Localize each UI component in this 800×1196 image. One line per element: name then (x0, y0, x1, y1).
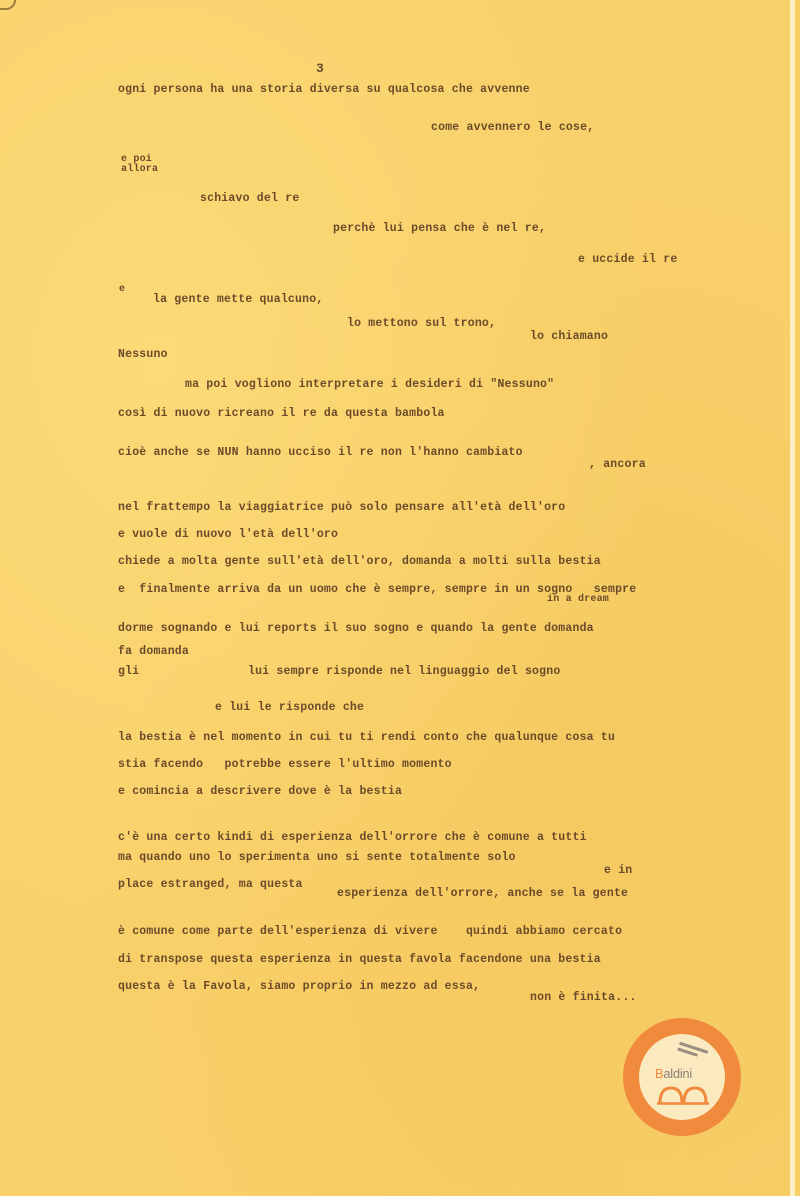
stamp-label: Baldini (655, 1066, 692, 1081)
text-line: e in (604, 865, 632, 877)
text-line: e (119, 285, 125, 295)
text-line: così di nuovo ricreano il re da questa b… (118, 408, 445, 420)
text-line: e lui le risponde che (215, 702, 364, 714)
text-line: la bestia è nel momento in cui tu ti ren… (118, 732, 615, 744)
text-line: stia facendo potrebbe essere l'ultimo mo… (118, 759, 452, 771)
text-line: place estranged, ma questa (118, 879, 303, 891)
text-line: ma poi vogliono interpretare i desideri … (185, 379, 554, 391)
text-line: non è finita... (530, 992, 637, 1004)
page-number: 3 (316, 62, 324, 75)
text-line: chiede a molta gente sull'età dell'oro, … (118, 556, 601, 568)
text-line: lui sempre risponde nel linguaggio del s… (248, 666, 560, 678)
typewritten-page: 3 ogni persona ha una storia diversa su … (0, 0, 795, 1196)
text-line: Nessuno (118, 349, 168, 361)
text-line: lo chiamano (530, 331, 608, 343)
text-line: dorme sognando e lui reports il suo sogn… (118, 623, 594, 635)
text-line: , ancora (589, 459, 646, 471)
text-line: e comincia a descrivere dove è la bestia (118, 786, 402, 798)
text-line: questa è la Favola, siamo proprio in mez… (118, 981, 480, 993)
text-line-annotation: in a dream (547, 595, 609, 605)
text-line: c'è una certo kindi di esperienza dell'o… (118, 832, 587, 844)
open-book-icon (657, 1084, 709, 1106)
text-line: allora (121, 165, 158, 175)
text-line: è comune come parte dell'esperienza di v… (118, 926, 622, 938)
text-line: cioè anche se NUN hanno ucciso il re non… (118, 447, 523, 459)
text-line: ogni persona ha una storia diversa su qu… (118, 84, 530, 96)
text-line: di transpose questa esperienza in questa… (118, 954, 601, 966)
text-line: e uccide il re (578, 254, 677, 266)
text-line: gli (118, 666, 139, 678)
text-line: ma quando uno lo sperimenta uno si sente… (118, 852, 516, 864)
text-line: schiavo del re (200, 193, 299, 205)
text-line: nel frattempo la viaggiatrice può solo p… (118, 502, 565, 514)
text-line: lo mettono sul trono, (347, 318, 496, 330)
text-line: perchè lui pensa che è nel re, (333, 223, 546, 235)
text-line: e vuole di nuovo l'età dell'oro (118, 529, 338, 541)
text-line: fa domanda (118, 646, 189, 658)
text-line: la gente mette qualcuno, (153, 294, 323, 306)
text-line: esperienza dell'orrore, anche se la gent… (337, 888, 628, 900)
page-edge (790, 0, 795, 1196)
stamp-small-text (676, 1042, 709, 1065)
baldini-library-stamp: Baldini (623, 1018, 741, 1136)
stamp-inner-circle: Baldini (639, 1034, 725, 1120)
text-line: come avvennero le cose, (431, 122, 594, 134)
page-corner-mark (0, 0, 16, 10)
